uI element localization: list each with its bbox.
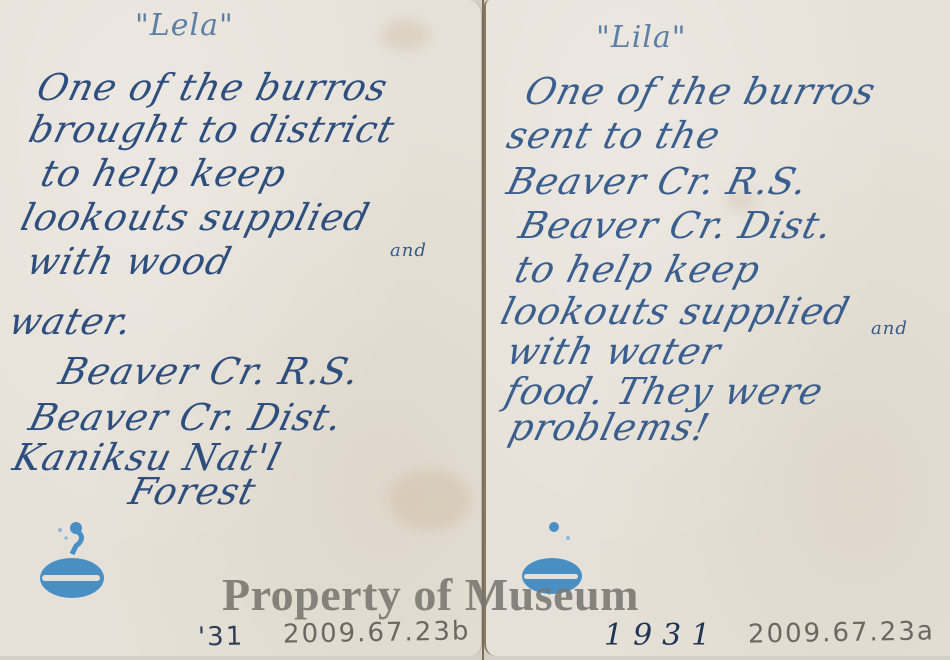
card-title: "Lila" [596,20,687,55]
document-scan: "Lela" One of the burros brought to dist… [0,0,950,660]
note-line-7: Beaver Cr. R.S. [55,350,365,393]
note-line-6: lookouts supplied [497,290,855,333]
note-line-3: Beaver Cr. R.S. [503,160,813,203]
insert-note: and [871,318,908,339]
note-line-8: Beaver Cr. Dist. [25,396,348,439]
note-line-1: One of the burros [521,70,881,113]
year-annotation: 1931 [604,618,720,653]
catalog-number: 2009.67.23b [283,616,471,649]
catalog-number: 2009.67.23a [748,616,935,649]
photo-card-back-left: "Lela" One of the burros brought to dist… [0,0,482,656]
insert-note: and [390,240,427,261]
note-line-2: brought to district [25,108,400,151]
note-line-9: problems! [505,406,715,449]
note-line-5: to help keep [511,248,766,291]
note-line-3: to help keep [37,152,292,195]
note-line-10: Forest [125,470,261,513]
note-line-1: One of the burros [33,66,393,109]
paper-stain [390,470,470,530]
note-line-4: lookouts supplied [17,196,375,239]
note-line-4: Beaver Cr. Dist. [515,204,838,247]
note-line-2: sent to the [503,114,726,157]
stamp-mark-icon [512,518,592,608]
stamp-mark-icon [32,518,112,608]
paper-stain [380,20,430,50]
photo-card-back-right: "Lila" One of the burros sent to the Bea… [484,0,950,656]
note-line-5: with wood [23,240,237,283]
note-line-6: water. [5,300,138,343]
note-line-7: with water [503,330,726,373]
card-title: "Lela" [135,8,234,43]
year-annotation: '31 [198,622,245,653]
